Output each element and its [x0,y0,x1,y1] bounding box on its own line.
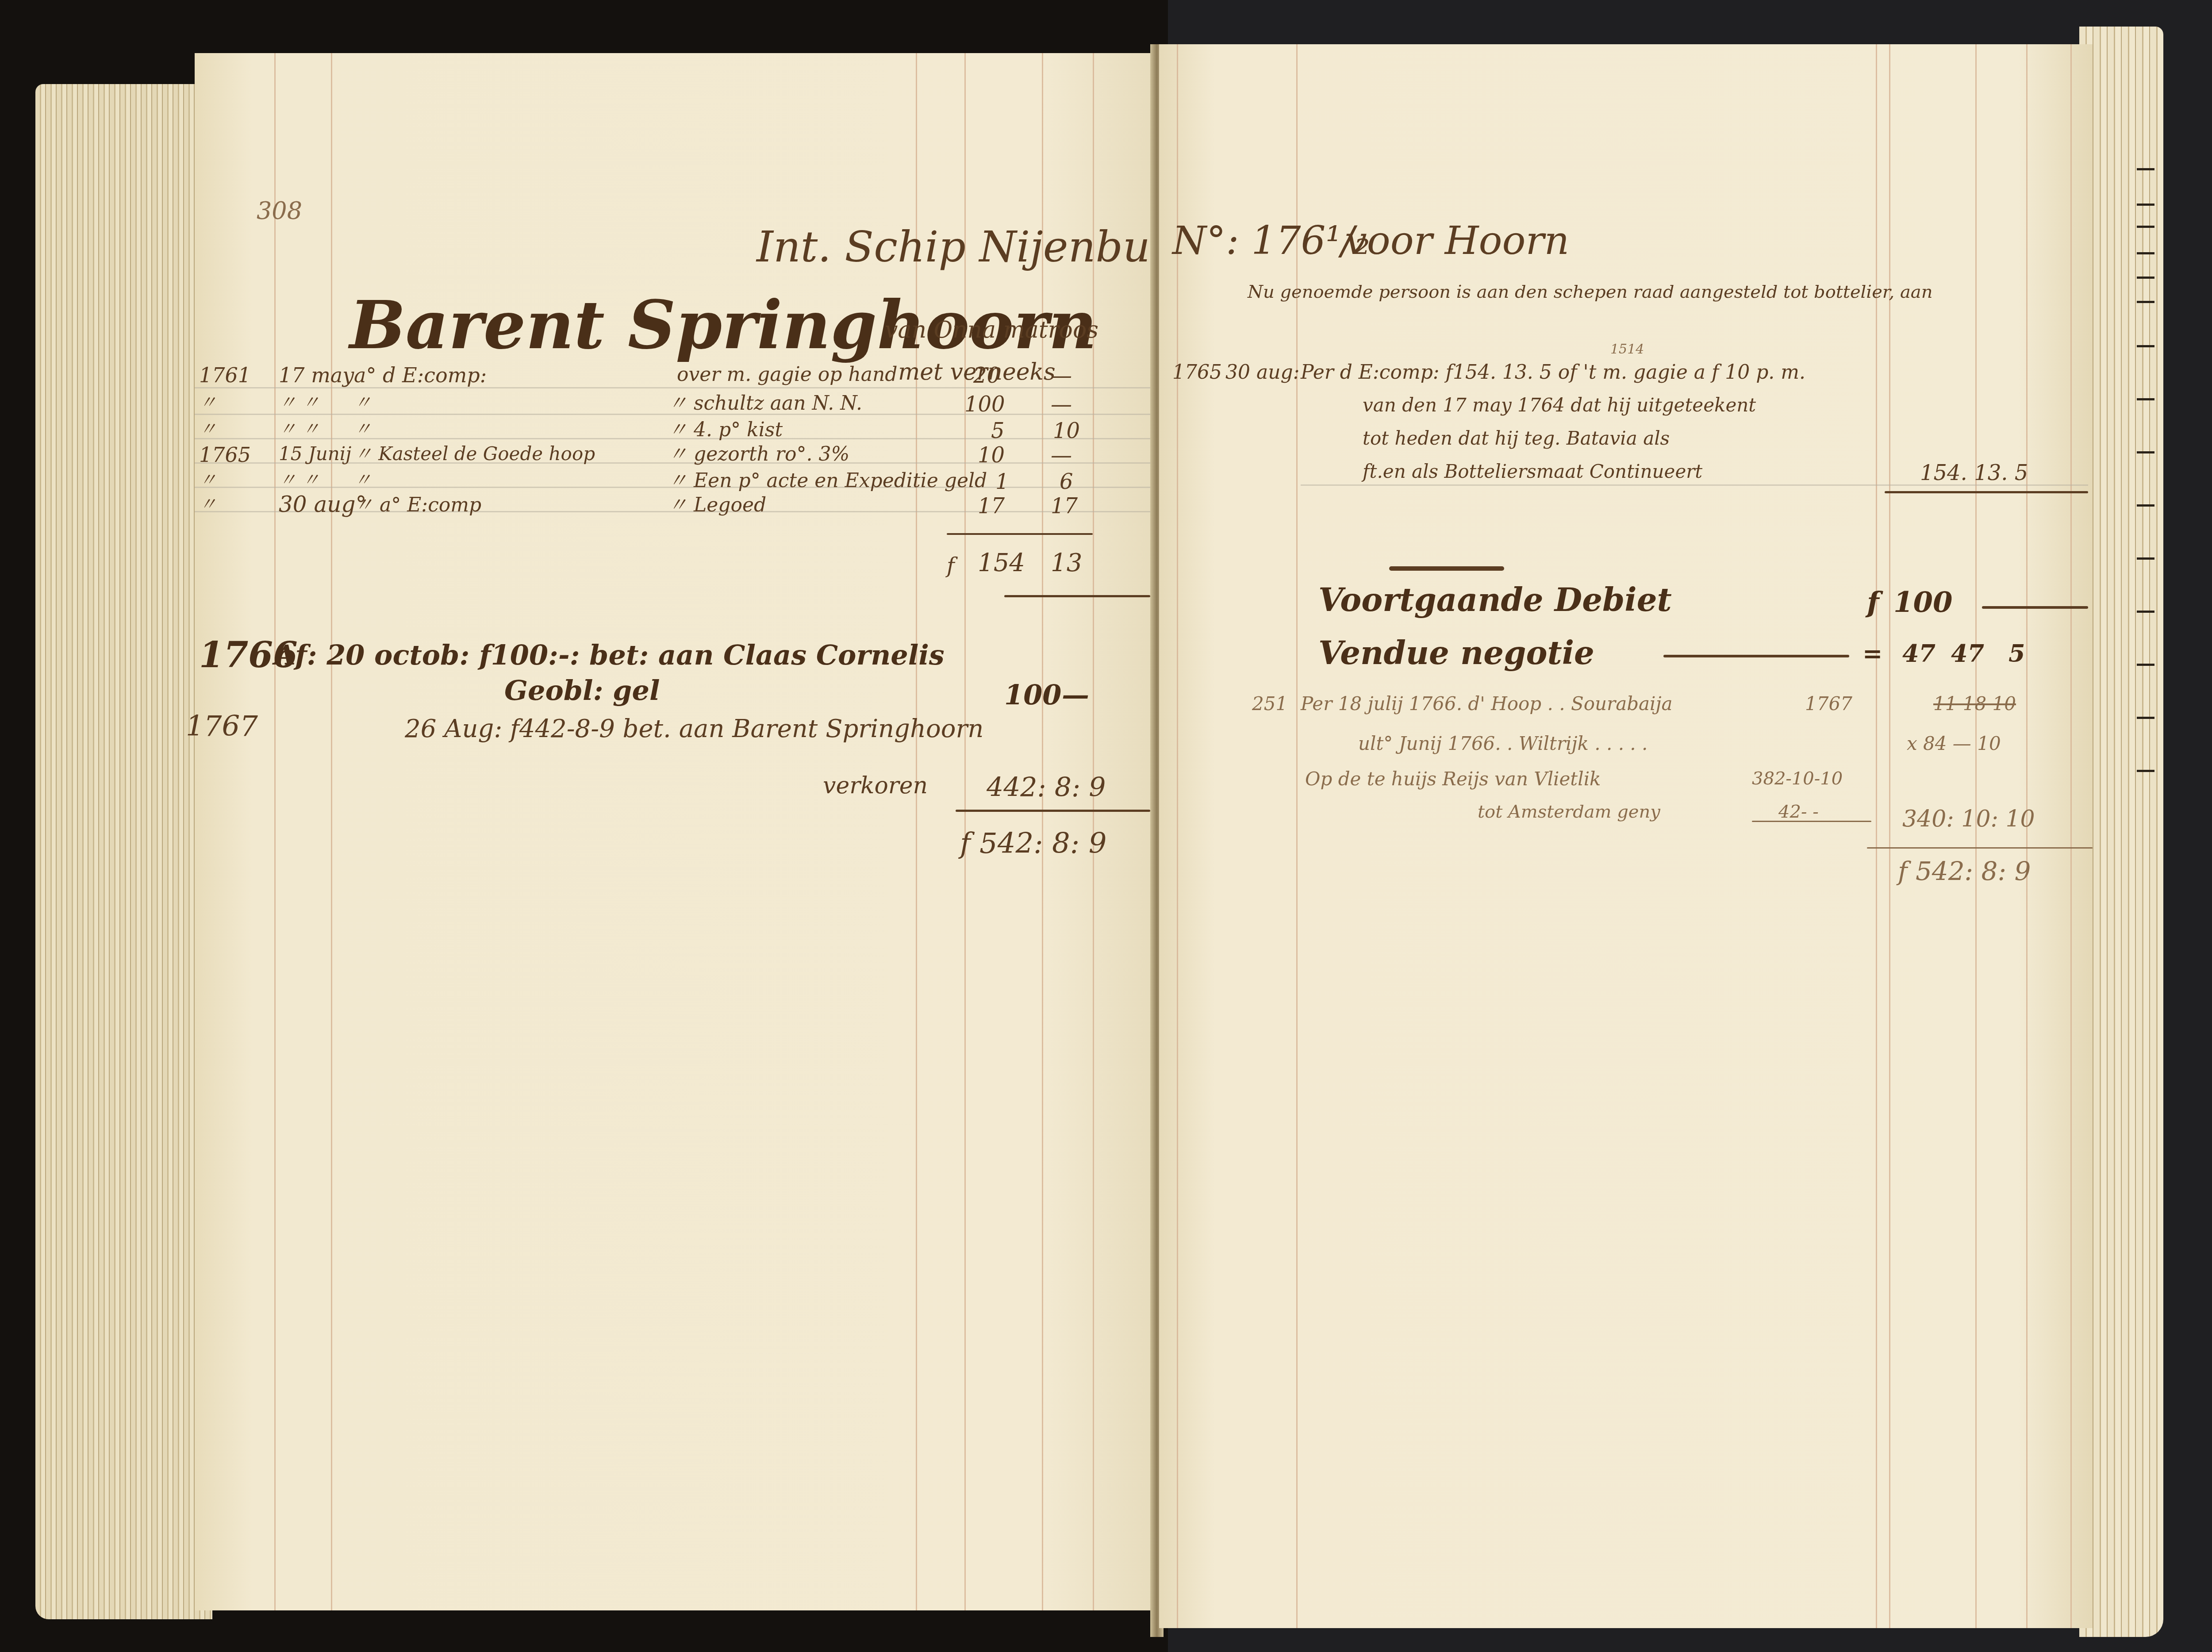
row-date: 〃 〃 [279,420,320,438]
row-ref: 〃 [354,471,372,489]
row-guilders: 20 [973,365,1000,386]
ruling-column [1177,44,1178,1628]
subtotal-rule [947,533,1093,535]
right-page: N°: 176¹/₂ voor Hoorn Nu genoemde persoo… [1159,44,2093,1628]
subtotal-stuivers: 13 [1051,551,1082,576]
summary-currency: f [1867,588,1879,617]
summary-penningen: 5 [2008,642,2025,665]
row-description: 〃 gezorth ro°. 3% [668,445,849,464]
row-description: over m. gagie op hand [677,365,897,384]
row-date: 〃 〃 [279,471,320,489]
row-guilders: 10 [978,445,1005,466]
row-year: 〃 [199,420,217,438]
payment-text: Af: 20 octob: f100:-: bet: aan Claas Cor… [274,642,945,669]
summary-label: Voortgaande Debiet [1318,584,1672,616]
credit-amount: 154. 13. 5 [1920,462,2028,484]
row-date: 17 may [279,365,354,385]
row-ref: a° d E:comp: [354,365,487,385]
ship-heading: Int. Schip Nijenburg [757,226,1198,268]
row-description: 〃 Legoed [668,496,766,515]
ship-number: N°: 176¹/₂ [1172,221,1370,260]
row-date: 15 Junij [279,445,351,463]
row-guilders: 5 [991,420,1005,442]
row-stuivers: — [1051,445,1072,466]
ruling-margin [274,53,276,1610]
row-year: 〃 [199,394,217,411]
row-stuivers: 17 [1051,496,1078,517]
row-description: 〃 Een p° acte en Expeditie geld [668,471,987,491]
summary-amount: 100 [1893,588,1953,617]
row-date: 30 aug° [279,493,367,515]
row-stuivers: — [1051,365,1072,386]
payment-amount-suffix: — [1062,681,1089,709]
credit-text-line-2: van den 17 may 1764 dat hij uitgeteekent [1363,396,1756,415]
row-year: 1765 [199,445,251,465]
detail-text: Per 18 julij 1766. d' Hoop . . Sourabaij… [1301,695,1673,713]
detail-amount: 11 18 10 [1933,695,2016,713]
ruling-column [2026,44,2028,1628]
payment-text-2: Geobl: gel [504,677,660,704]
row-guilders: 100 [964,394,1005,415]
credit-year: 1765 [1172,363,1222,382]
detail-year: 1767 [1805,695,1852,713]
row-year: 〃 [199,471,217,489]
flourish [1389,566,1504,571]
row-ref: 〃 Kasteel de Goede hoop [354,445,595,463]
summary-label: Vendue negotie [1318,637,1594,669]
subtotal-currency: f [947,555,955,576]
detail-amount: 382-10-10 [1752,770,1843,788]
detail-ref: 251 [1252,695,1287,713]
grand-total: f 542: 8: 9 [1898,858,2031,884]
row-ref: 〃 a° E:comp [354,496,481,515]
folio-number: 308 [257,199,302,223]
summary-dash [1982,606,2088,609]
row-description: 〃 schultz aan N. N. [668,394,862,413]
credit-underline [1885,491,2088,493]
ruling-column [1975,44,1977,1628]
summary-stuivers: 47 [1951,642,1984,665]
destination: voor Hoorn [1345,221,1569,260]
ruled-line [1301,484,2088,486]
summary-amount: 47 [1902,642,1935,665]
subtotal-guilders: 154 [978,551,1025,576]
row-guilders: 17 [978,496,1005,517]
row-year: 1761 [199,365,251,385]
row-stuivers: — [1051,394,1072,415]
row-ref: 〃 [354,394,372,411]
payment-text-2: verkoren [823,774,928,797]
credit-text-line-3: tot heden dat hij teg. Batavia als [1363,429,1670,448]
summary-dash [1663,655,1849,657]
page-edges-left [35,84,212,1619]
net-amount: 340: 10: 10 [1902,807,2035,830]
detail-text: ult° Junij 1766. . Wiltrijk . . . . . [1358,734,1647,753]
detail-amount: 42- - [1778,803,1819,821]
index-tab-marks [2137,168,2154,1230]
detail-amount: x 84 — 10 [1907,734,2001,753]
row-ref: 〃 [354,420,372,438]
payment-year: 1767 [186,712,258,741]
ruling-column [331,53,332,1610]
ruled-line [195,387,1155,388]
total-rule [956,810,1150,812]
row-stuivers: 10 [1053,420,1080,442]
row-year: 〃 [199,496,217,513]
subtotal-underline [1004,595,1150,597]
credit-superscript: 1514 [1610,343,1644,356]
payment-text: 26 Aug: f442-8-9 bet. aan Barent Springh… [405,717,983,741]
credit-text-line-1: Per d E:comp: f154. 13. 5 of 't m. gagie… [1301,363,1805,382]
ruling-column [2070,44,2072,1628]
appointment-note: Nu genoemde persoon is aan den schepen r… [1248,283,1932,301]
payment-amount: 100 [1004,681,1061,709]
detail-text: tot Amsterdam geny [1478,803,1660,821]
grand-total: f 542: 8: 9 [960,830,1106,858]
payment-amount: 442: 8: 9 [987,774,1106,801]
row-date: 〃 〃 [279,394,320,411]
row-description: 〃 4. p° kist [668,420,783,440]
left-page: 308 Int. Schip Nijenburg Barent Springho… [195,53,1155,1610]
account-subtitle: van Onna matroos [885,319,1098,342]
row-stuivers: 6 [1060,471,1073,492]
summary-currency: = [1863,642,1882,665]
row-guilders: 1 [995,471,1009,492]
credit-date: 30 aug: [1225,363,1300,382]
credit-text-line-4: ft.en als Botteliersmaat Continueert [1363,462,1702,481]
detail-underline [1752,821,1871,822]
detail-text: Op de te huijs Reijs van Vlietlik [1305,770,1601,788]
total-rule [1867,847,2093,849]
